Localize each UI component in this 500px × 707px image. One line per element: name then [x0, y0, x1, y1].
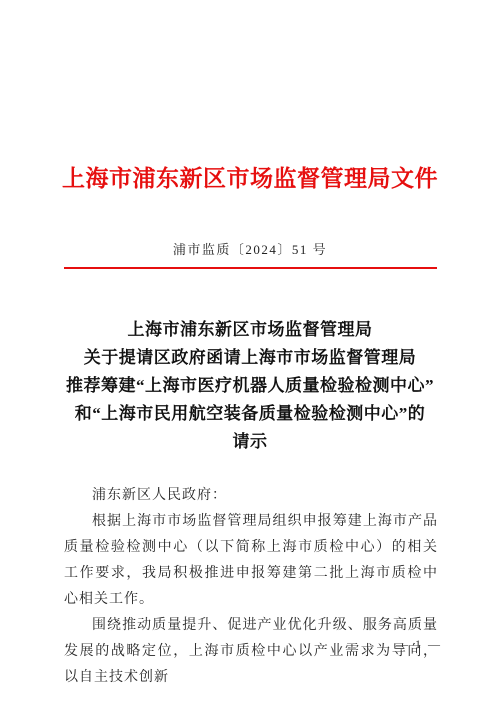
title-line-4: 和“上海市民用航空装备质量检验检测中心”的: [0, 400, 500, 428]
document-body: 浦东新区人民政府： 根据上海市市场监督管理局组织申报筹建上海市产品质量检验检测中…: [64, 483, 438, 691]
paragraph-1: 根据上海市市场监督管理局组织申报筹建上海市产品质量检验检测中心（以下简称上海市质…: [64, 509, 438, 613]
paragraph-2: 围绕推动质量提升、促进产业优化升级、服务高质量发展的战略定位，上海市质检中心以产…: [64, 613, 438, 691]
document-page: 上海市浦东新区市场监督管理局文件 浦市监质〔2024〕51 号 上海市浦东新区市…: [0, 0, 500, 707]
document-title: 上海市浦东新区市场监督管理局 关于提请区政府函请上海市市场监督管理局 推荐筹建“…: [0, 316, 500, 456]
document-number: 浦市监质〔2024〕51 号: [0, 239, 500, 258]
title-line-1: 上海市浦东新区市场监督管理局: [0, 316, 500, 344]
salutation: 浦东新区人民政府：: [64, 483, 438, 509]
title-line-2: 关于提请区政府函请上海市市场监督管理局: [0, 344, 500, 372]
agency-header-title: 上海市浦东新区市场监督管理局文件: [0, 0, 500, 194]
red-divider-line: [64, 267, 437, 269]
page-number: — 1 —: [396, 637, 442, 652]
title-line-5: 请示: [0, 428, 500, 456]
title-line-3: 推荐筹建“上海市医疗机器人质量检验检测中心”: [0, 372, 500, 400]
